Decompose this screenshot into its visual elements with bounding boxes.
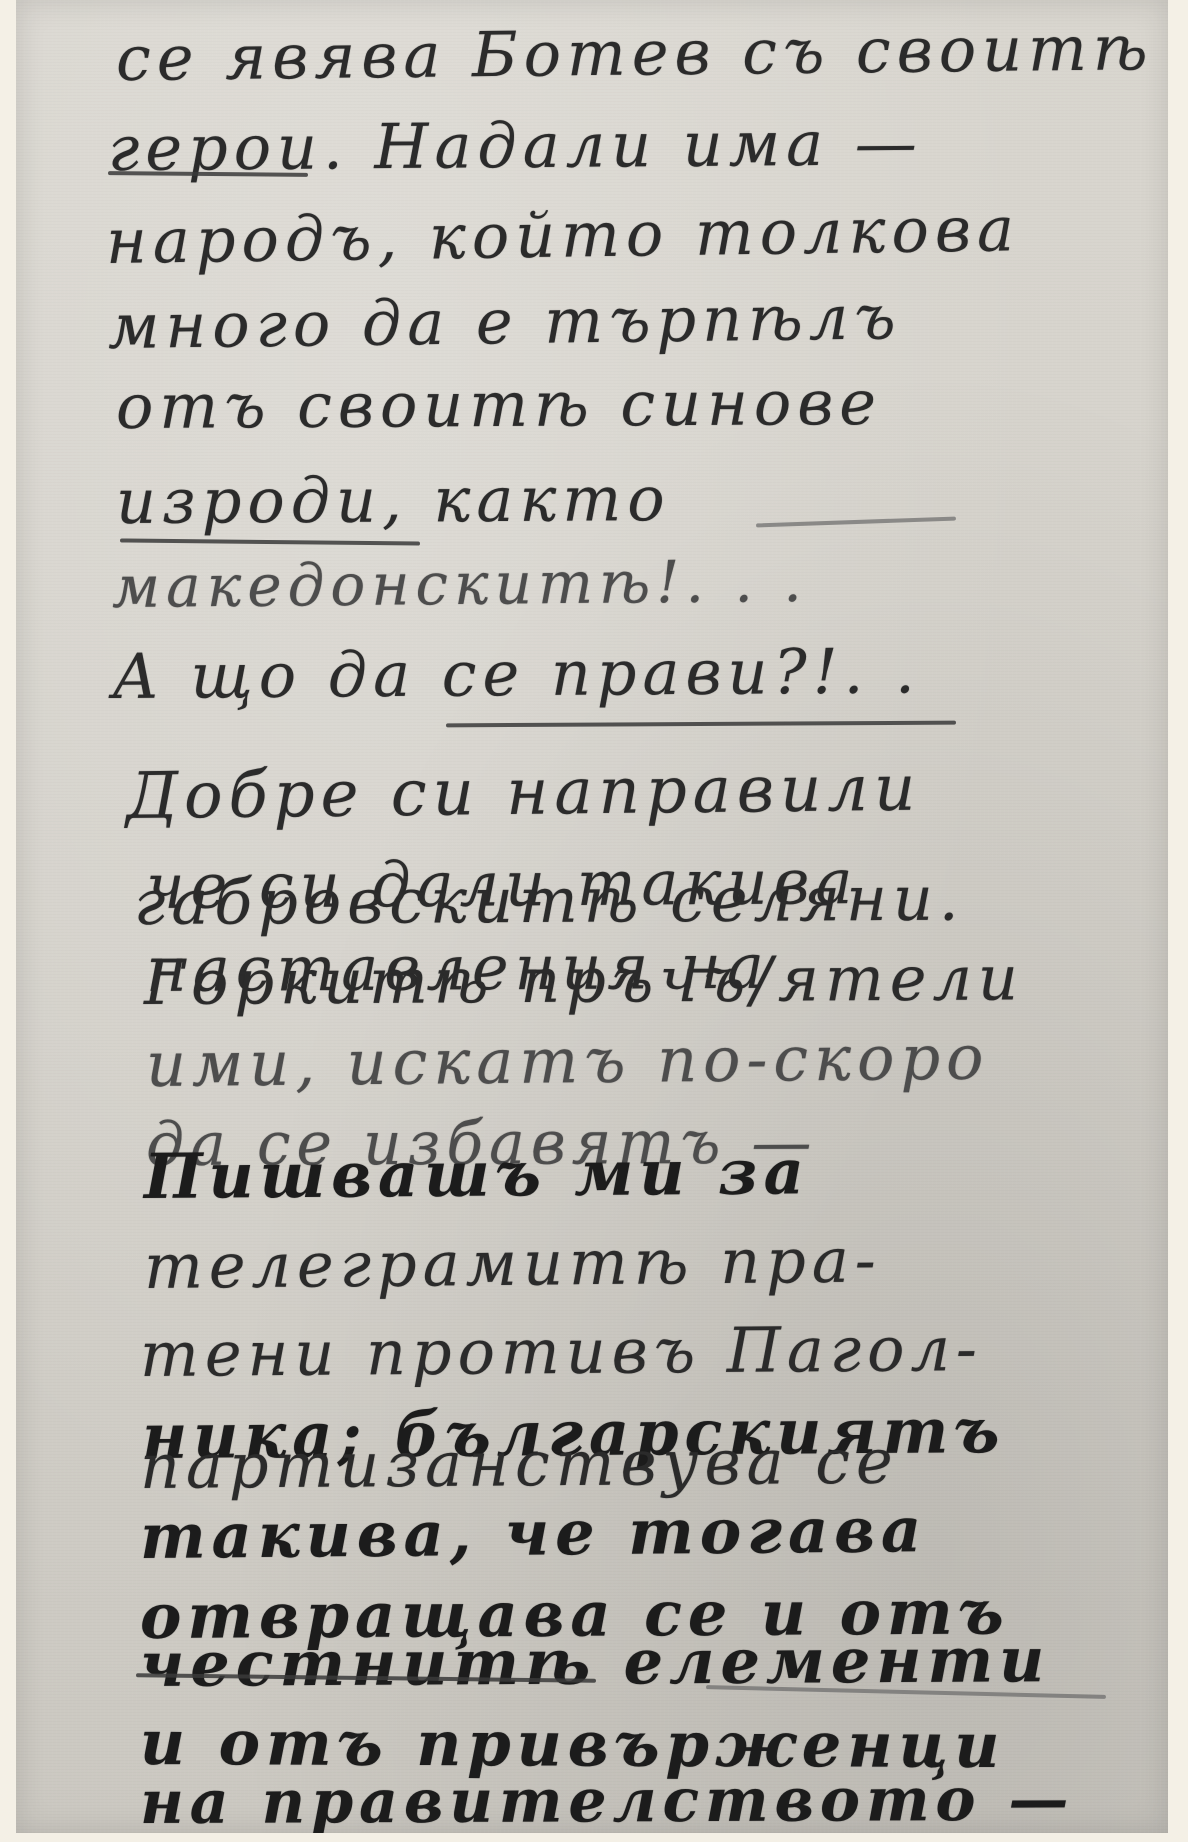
- manuscript-line-20-main: партизанствува се: [140, 1425, 899, 1503]
- underline-izrodi: [120, 538, 420, 545]
- manuscript-line-14: ими, искатъ по-скоро: [146, 1021, 990, 1101]
- page-margin: се явява Ботев съ своитѣ герои. Надали и…: [0, 0, 1188, 1842]
- manuscript-line-3: народъ, който толкова: [105, 192, 1020, 278]
- manuscript-line-17: телеграмитѣ пра-: [144, 1224, 882, 1303]
- underline-da-se-pravi: [446, 721, 956, 728]
- manuscript-line-21: такива, че тогава: [140, 1493, 928, 1573]
- manuscript-line-16-main: Пишвашъ ми за: [144, 1135, 810, 1213]
- manuscript-line-6: изроди, както: [116, 462, 671, 538]
- manuscript-line-12-main: габровскитѣ селяни.: [134, 862, 965, 939]
- manuscript-line-9: Добре си направили: [126, 752, 922, 834]
- manuscript-line-1: се явява Ботев съ своитѣ: [116, 11, 1154, 95]
- manuscript-line-5: отъ своитѣ синове: [116, 366, 882, 443]
- manuscript-line-13: Горкитѣ пръчъ/ятели: [144, 941, 1024, 1019]
- underline-kakto: [756, 517, 956, 528]
- manuscript-photo: се явява Ботев съ своитѣ герои. Надали и…: [16, 0, 1168, 1833]
- manuscript-line-25: на правителството —: [140, 1765, 1075, 1833]
- manuscript-line-18: тени противъ Пагол-: [140, 1312, 983, 1391]
- manuscript-line-7: македонскитѣ!. . .: [112, 547, 808, 621]
- manuscript-line-4: много да е търпѣлъ: [108, 280, 902, 363]
- manuscript-line-8: А що да се прави?!. .: [112, 634, 921, 713]
